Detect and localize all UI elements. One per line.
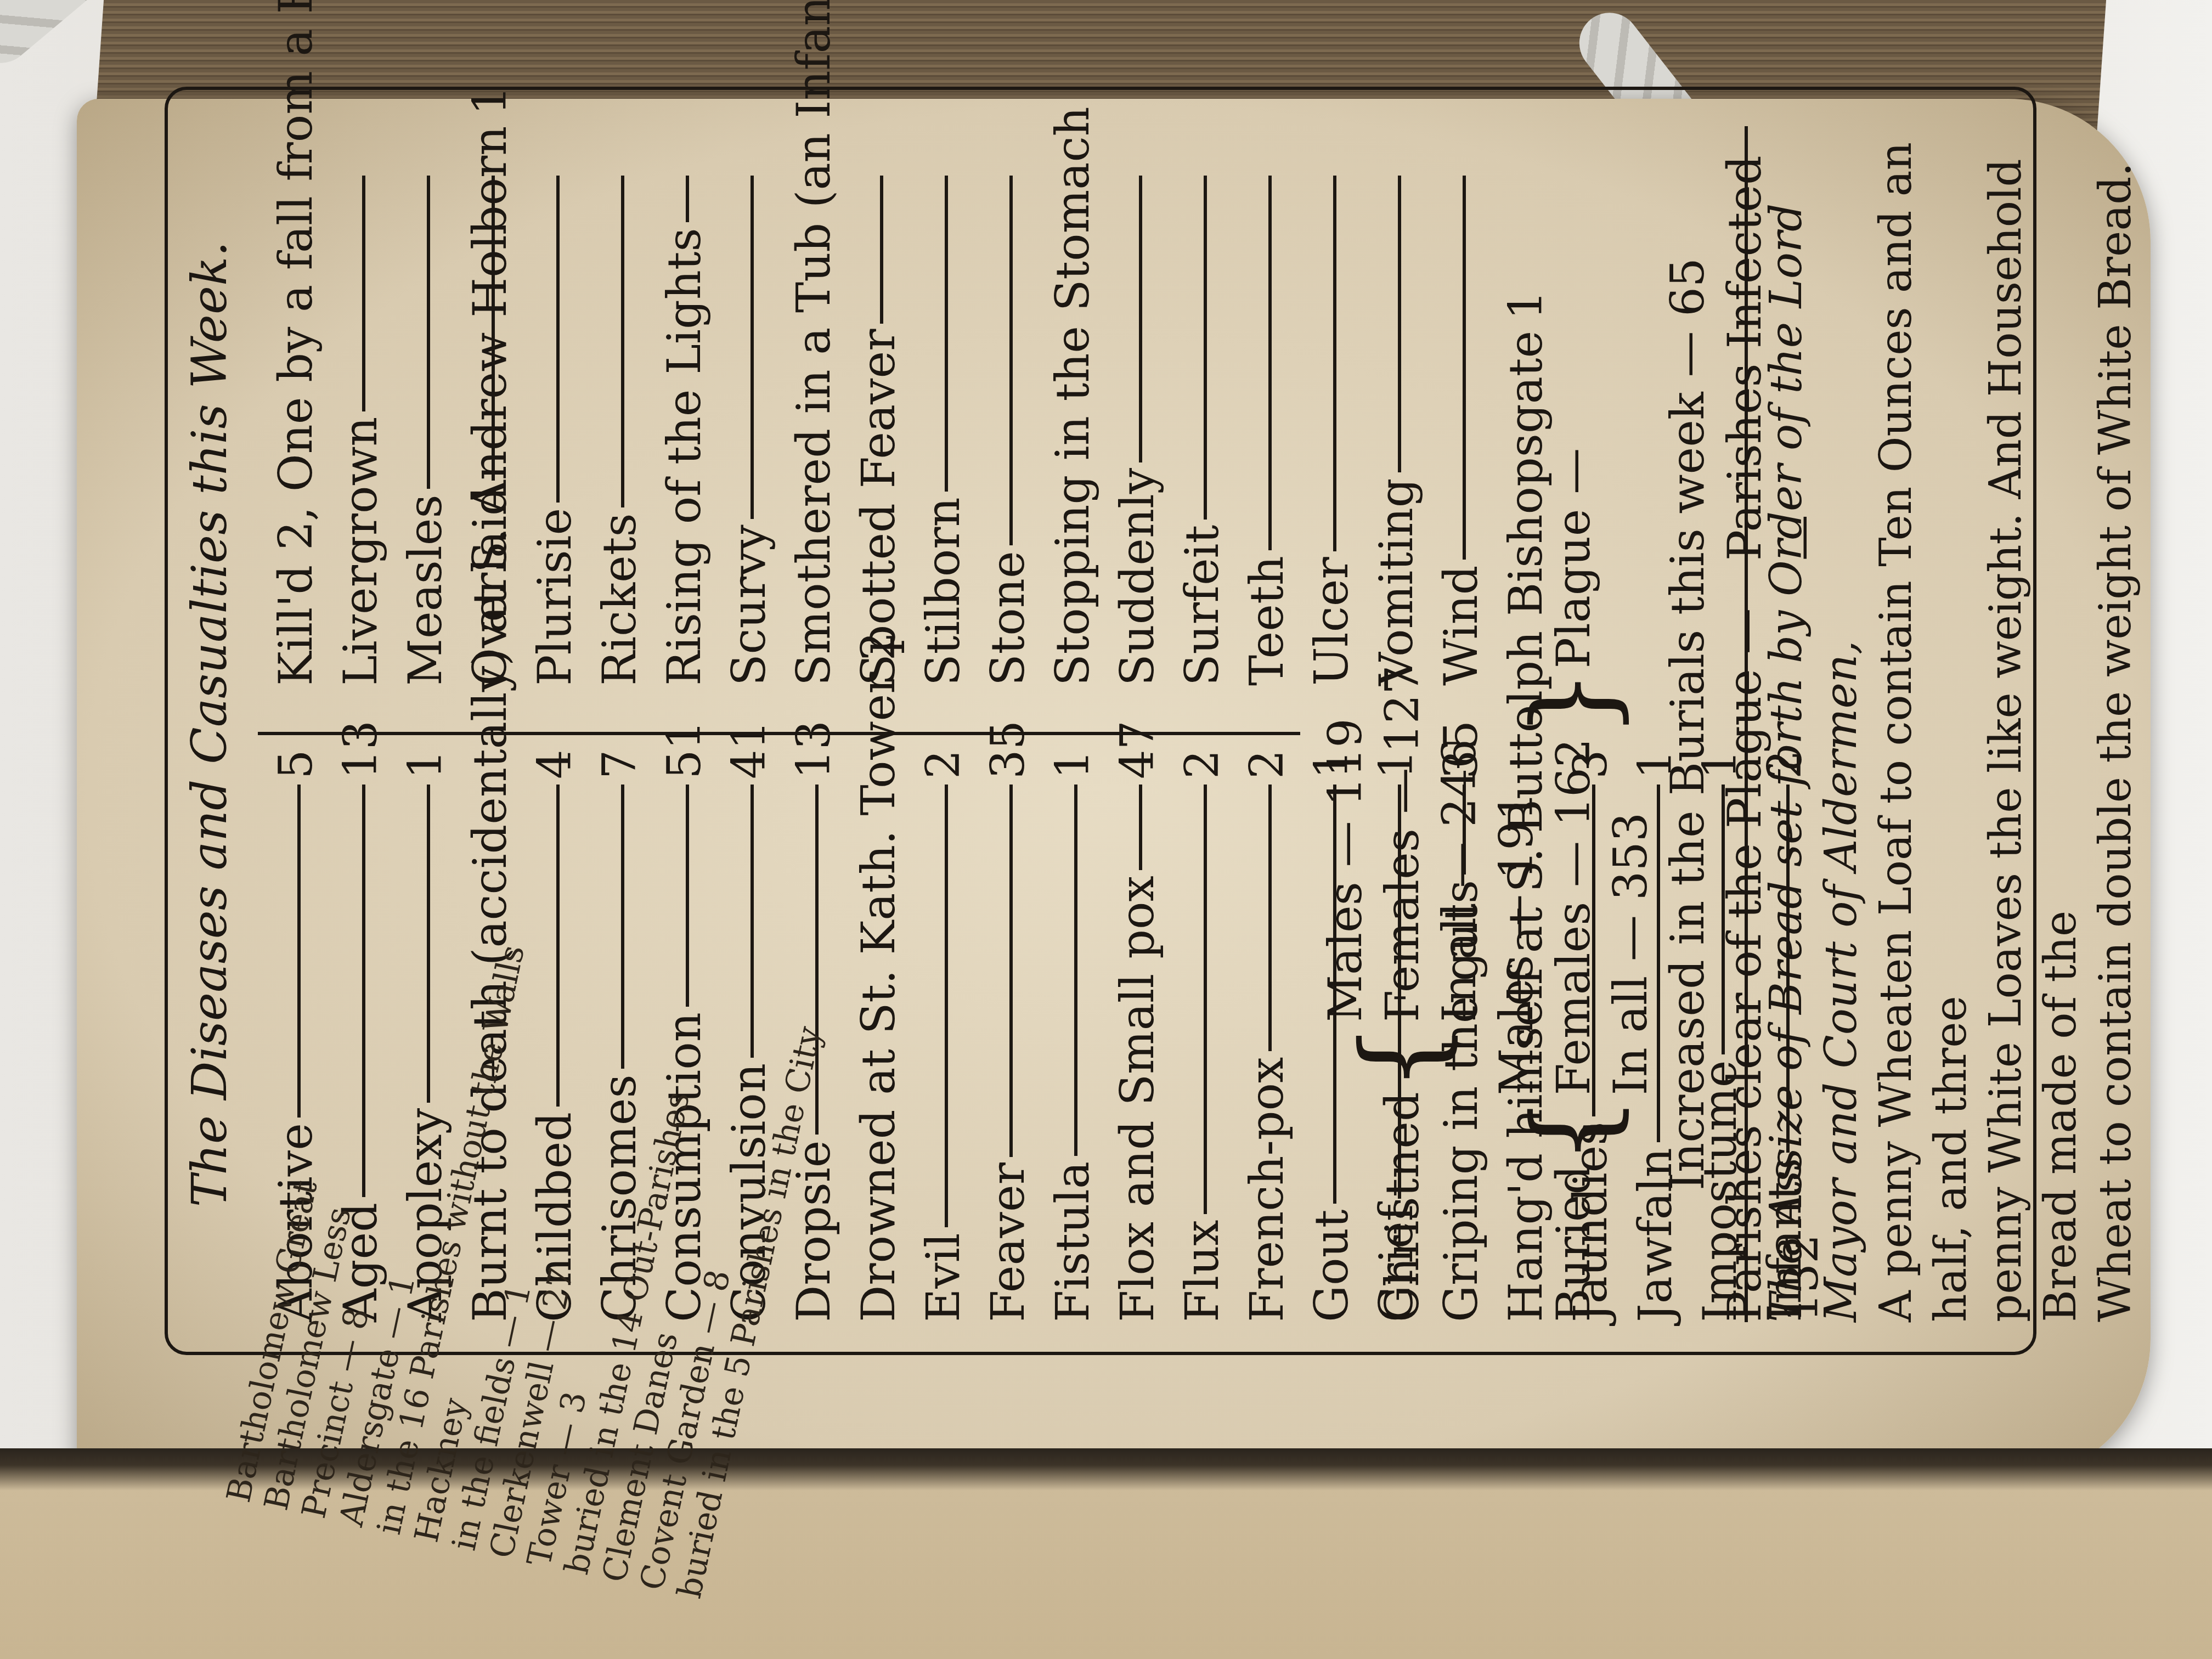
disease-label: Stilborn <box>911 497 975 686</box>
leader-line <box>297 785 301 1118</box>
disease-row: Surfeit <box>1170 110 1234 686</box>
disease-row: Evil2 <box>911 719 975 1322</box>
leader-line <box>945 785 948 1227</box>
disease-row: Drowned at St. Kath. Tower2 <box>846 719 911 1322</box>
disease-count: 2 <box>1234 719 1299 779</box>
disease-row: Fistula1 <box>1040 719 1105 1322</box>
disease-label: Stopping in the Stomach <box>1040 106 1105 686</box>
christned-males: Males — 119 <box>1317 665 1374 1022</box>
disease-label: Scurvy <box>716 524 781 686</box>
disease-label: Plurisie <box>522 508 587 686</box>
disease-label: Feaver <box>975 1163 1040 1322</box>
disease-label: Evil <box>911 1233 975 1322</box>
disease-label: Surfeit <box>1170 525 1234 686</box>
disease-label: Fistula <box>1040 1161 1105 1322</box>
leader-line <box>621 176 624 507</box>
leader-line <box>1074 785 1077 1156</box>
christned-group: Christned { Males — 119 Females — 127 In… <box>1317 665 1488 1322</box>
leader-line <box>427 176 430 489</box>
brace-icon: { <box>1374 1022 1431 1092</box>
assize-line-3: Wheat to contain double the weight of Wh… <box>2088 126 2143 1322</box>
disease-row: Teeth <box>1234 110 1299 686</box>
disease-count: 35 <box>975 719 1040 779</box>
assize-of-bread: The Assize of Bread set forth by Order o… <box>1745 126 2143 1322</box>
disease-count: 4 <box>522 719 587 779</box>
leader-line <box>362 176 365 411</box>
disease-label: Spotted Feaver <box>846 329 911 686</box>
disease-row: Flox and Small pox47 <box>1105 719 1170 1322</box>
disease-row: Flux2 <box>1170 719 1234 1322</box>
disease-count: 1 <box>1040 719 1105 779</box>
disease-label: Teeth <box>1234 556 1299 686</box>
buried-females: Females — 162 <box>1545 738 1602 1096</box>
disease-row: Suddenly <box>1105 110 1170 686</box>
disease-label: Flox and Small pox <box>1105 876 1170 1322</box>
disease-row: Stilborn <box>911 110 975 686</box>
leader-line <box>1204 785 1207 1214</box>
leader-line <box>945 176 948 492</box>
leader-line <box>492 176 495 481</box>
disease-label: Measles <box>393 494 458 686</box>
assize-line-1: A penny Wheaten Loaf to contain Ten Ounc… <box>1869 126 1978 1322</box>
increased-line: Increased in the Burials this week — 65 <box>1659 126 1716 1322</box>
disease-label: Kill'd 2, One by a fall from a Horse at … <box>263 0 328 686</box>
disease-count: 2 <box>1170 719 1234 779</box>
disease-count: 13 <box>781 719 846 779</box>
disease-count: 7 <box>587 719 652 779</box>
disease-row: Smothered in a Tub (an Infant) at S. Mar… <box>781 110 846 686</box>
disease-row: Scurvy <box>716 110 781 686</box>
disease-row: Kill'd 2, One by a fall from a Horse at … <box>263 110 328 686</box>
disease-row: Plurisie <box>522 110 587 686</box>
leader-line <box>686 176 689 222</box>
buried-group: Buried { Males — 191 Females — 162 In al… <box>1488 448 1659 1322</box>
disease-row: Overlaid <box>458 110 522 686</box>
disease-label: Rising of the Lights <box>652 228 716 686</box>
disease-row: French-pox2 <box>1234 719 1299 1322</box>
leader-line <box>1268 176 1272 550</box>
disease-row: Rickets <box>587 110 652 686</box>
page-title: The Diseases and Casualties this Week. <box>181 93 238 1355</box>
leader-line <box>686 785 689 1007</box>
disease-row: Stone <box>975 110 1040 686</box>
disease-count: 1 <box>393 719 458 779</box>
brace-icon: { <box>1545 1095 1602 1165</box>
disease-label: Overlaid <box>458 486 522 686</box>
disease-label: Drowned at St. Kath. Tower <box>846 672 911 1322</box>
leader-line <box>1009 785 1013 1157</box>
disease-row: Rising of the Lights <box>652 110 716 686</box>
buried-males: Males — 191 <box>1488 738 1545 1096</box>
leader-line <box>1204 176 1207 520</box>
disease-label: French-pox <box>1234 1057 1299 1323</box>
column-divider <box>258 732 1300 735</box>
buried-in-all: In all — 353 <box>1602 738 1659 1096</box>
leader-line <box>1009 176 1013 545</box>
disease-count: 2 <box>911 719 975 779</box>
plague-label: Plague — <box>1545 448 1602 669</box>
disease-count: 13 <box>328 719 393 779</box>
disease-label: Flux <box>1170 1220 1234 1322</box>
assize-heading: The Assize of Bread set forth by Order o… <box>1759 126 1869 1322</box>
christned-in-all: In all — 246 <box>1431 665 1488 1022</box>
disease-count: 47 <box>1105 719 1170 779</box>
leader-line <box>1139 785 1142 870</box>
leader-line <box>1268 785 1272 1052</box>
disease-count: 5 <box>263 719 328 779</box>
assize-line-2: penny White Loaves the like weight. And … <box>1978 126 2088 1322</box>
disease-label: Stone <box>975 551 1040 686</box>
disease-row: Stopping in the Stomach <box>1040 110 1105 686</box>
diseases-column-right: Kill'd 2, One by a fall from a Horse at … <box>263 110 1493 686</box>
brace-icon: } <box>1545 669 1602 738</box>
disease-label: Smothered in a Tub (an Infant) at S. Mar… <box>781 0 846 686</box>
disease-row: Livergrown <box>328 110 393 686</box>
leader-line <box>880 176 883 324</box>
leader-line <box>556 176 560 503</box>
disease-label: Livergrown <box>328 417 393 686</box>
disease-row: Spotted Feaver <box>846 110 911 686</box>
disease-row: Measles <box>393 110 458 686</box>
disease-label: Suddenly <box>1105 468 1170 686</box>
disease-count: 51 <box>652 719 716 779</box>
leader-line <box>1139 176 1142 462</box>
leader-line <box>751 176 754 519</box>
disease-row: Feaver35 <box>975 719 1040 1322</box>
disease-label: Rickets <box>587 513 652 686</box>
christned-label: Christned <box>1374 1092 1431 1322</box>
disease-count: 41 <box>716 719 781 779</box>
buried-label: Buried <box>1545 1165 1602 1322</box>
christned-females: Females — 127 <box>1374 665 1431 1022</box>
